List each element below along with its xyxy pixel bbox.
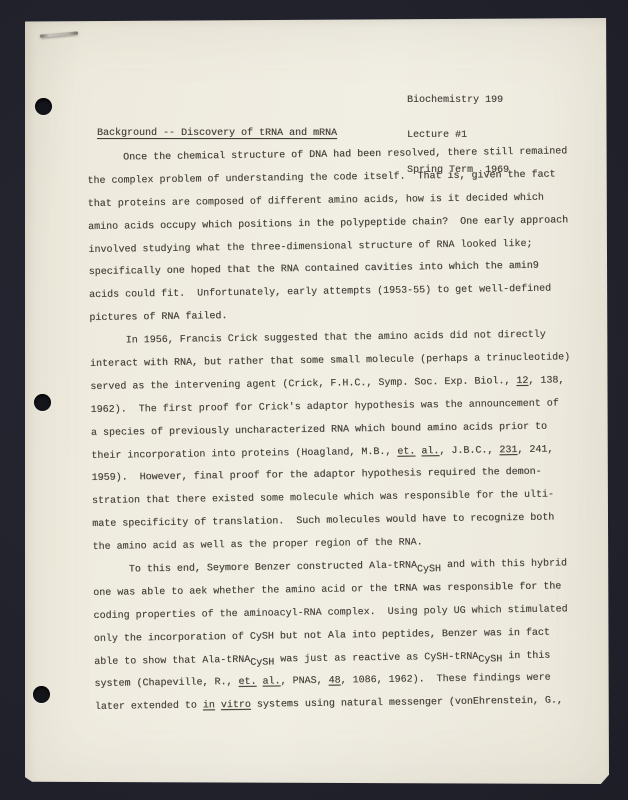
subscript-text: CySH	[417, 564, 441, 575]
typed-text: one was able to aek whether the amino ac…	[93, 581, 561, 599]
typed-text: specifically one hoped that the RNA cont…	[89, 261, 539, 278]
hole-punch-top	[35, 98, 52, 115]
typed-text: coding properties of the aminoacyl-RNA c…	[93, 604, 567, 622]
typed-text: able to show that Ala-tRNA	[94, 654, 250, 667]
underlined-text: in	[203, 701, 215, 712]
lecture-number: Lecture #1	[407, 130, 509, 142]
typed-text: mate specificity of translation. Such mo…	[92, 513, 554, 530]
document-page: Biochemistry 199 Lecture #1 Spring Term …	[25, 18, 609, 784]
typed-text: , 1086, 1962). These findings were	[341, 673, 551, 687]
typed-text: and with this hybrid	[441, 558, 567, 571]
staple	[40, 31, 78, 37]
underlined-text: et.	[397, 446, 415, 457]
typed-text: 1962). The first proof for Crick's adapt…	[91, 398, 559, 416]
course-name: Biochemistry 199	[407, 95, 509, 107]
photo-background: Biochemistry 199 Lecture #1 Spring Term …	[0, 0, 628, 800]
underlined-text: vitro	[221, 700, 251, 711]
typed-text: later extended to	[95, 701, 203, 714]
typed-text: acids could fit. Unfortunately, early at…	[89, 284, 551, 301]
typed-text: amino acids occupy which positions in th…	[88, 215, 568, 233]
typed-text: , J.B.C.,	[439, 445, 499, 457]
underlined-text: 231	[499, 445, 517, 456]
typed-text: Once the chemical structure of DNA had b…	[87, 146, 567, 164]
typed-text: involved studying what the three-dimensi…	[88, 238, 532, 255]
typed-text: that proteins are composed of different …	[88, 192, 544, 209]
typed-text: their incorporation into proteins (Hoagl…	[91, 446, 397, 461]
typed-text: pictures of RNA failed.	[89, 311, 227, 324]
typed-text: stration that there existed some molecul…	[92, 490, 554, 507]
hole-punch-middle	[34, 394, 51, 411]
subscript-text: CySH	[478, 654, 502, 665]
typed-text: was just as reactive as CySH-tRNA	[274, 651, 478, 665]
typed-text: only the incorporation of CySH but not A…	[94, 627, 550, 644]
underlined-text: al.	[421, 446, 439, 457]
page-title: Background -- Discovery of tRNA and mRNA	[97, 128, 337, 139]
subscript-text: CySH	[250, 658, 274, 669]
typed-text: system (Chapeville, R.,	[94, 677, 238, 690]
underlined-text: 12	[516, 376, 528, 387]
typed-text: systems using natural messenger (vonEhre…	[251, 696, 563, 711]
typed-text: In 1956, Francis Crick suggested that th…	[90, 330, 546, 347]
underlined-text: et.	[238, 677, 256, 688]
typed-text: To this end, Seymore Benzer constructed …	[93, 560, 417, 576]
typed-text: , 138,	[528, 375, 564, 387]
underlined-text: al.	[262, 677, 280, 688]
typed-text: a species of previously uncharacterized …	[91, 421, 547, 438]
hole-punch-bottom	[33, 686, 50, 703]
body-text: Once the chemical structure of DNA had b…	[87, 141, 575, 720]
typed-text: the complex problem of understanding the…	[87, 169, 555, 187]
typed-text: the amino acid as well as the proper reg…	[93, 537, 423, 553]
typed-text: served as the intervening agent (Crick, …	[90, 376, 516, 393]
underlined-text: 48	[328, 676, 340, 687]
typed-text: 1959). However, final proof for the adap…	[92, 467, 542, 484]
typed-text: in this	[502, 650, 550, 662]
typed-text: , 241,	[517, 444, 553, 456]
typed-text: interact with RNA, but rather that some …	[90, 352, 570, 370]
typed-text: , PNAS,	[280, 676, 328, 688]
